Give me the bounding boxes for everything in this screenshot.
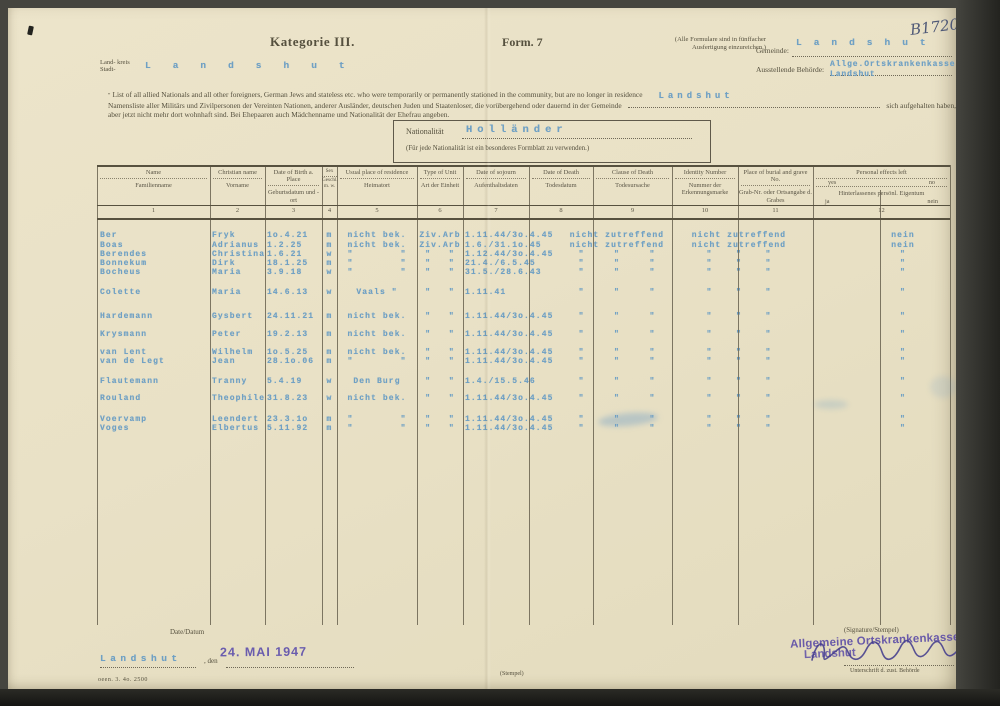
cell-aufenthalt: 1.12.44/3o.4.45 — [465, 250, 554, 259]
cell-marke-grab: " " " — [674, 394, 804, 403]
cell-aufenthalt: 31.5./28.6.43 — [465, 268, 542, 277]
table-row: ColetteMaria14.6.13wVaals "" "1.11.41" "… — [97, 288, 950, 298]
column-line — [672, 165, 673, 625]
cell-aufenthalt: 1.11.44/3o.4.45 — [465, 357, 554, 366]
gemeinde-typed-value: Landshut — [796, 37, 938, 48]
cell-einheit: " " — [417, 259, 463, 268]
cell-geboren: 14.6.13 — [267, 288, 308, 297]
column-header-9: Clause of DeathTodesursache — [593, 168, 672, 205]
cell-eigentum: " — [878, 394, 928, 403]
column-number: 10 — [672, 207, 738, 218]
footer-dotted-line-place — [100, 656, 196, 668]
cell-name: Bocheus — [100, 268, 141, 277]
cell-aufenthalt: 1.4./15.5.46 — [465, 377, 536, 386]
cell-einheit: " " — [417, 348, 463, 357]
table-row: BocheusMaria3.9.18w" "" "31.5./28.6.43" … — [97, 268, 950, 278]
cell-marke-grab: " " " — [674, 357, 804, 366]
column-header-11: Place of burial and grave No.Grab-Nr. od… — [738, 168, 813, 205]
cell-heimatort: " " — [337, 250, 417, 259]
header-rule-line — [97, 205, 950, 206]
column-header-10: Identity NumberNummer der Erkennungsmark… — [672, 168, 738, 205]
cell-name: Hardemann — [100, 312, 153, 321]
cell-eigentum: " — [878, 348, 928, 357]
behoerde-typed-value-line2: Landshut — [830, 70, 876, 79]
cell-vorname: Dirk — [212, 259, 236, 268]
copies-note-line1: (Alle Formulare sind in fünffacher — [675, 36, 766, 43]
column-number: 1 — [97, 207, 210, 218]
cell-einheit: " " — [417, 357, 463, 366]
cell-einheit: " " — [417, 394, 463, 403]
cell-aufenthalt: 1.11.44/3o.4.45 — [465, 330, 554, 339]
cell-aufenthalt: 1.11.44/3o.4.45 — [465, 231, 554, 240]
cell-todesdatum-ursache: " " " — [542, 250, 692, 259]
cell-marke-grab: " " " — [674, 377, 804, 386]
persons-table: NameFamiliennameChristian nameVornameDat… — [97, 165, 950, 625]
cell-heimatort: Den Burg — [337, 377, 417, 386]
cell-marke-grab: " " " — [674, 424, 804, 433]
cell-eigentum: " — [878, 268, 928, 277]
cell-heimatort: nicht bek. — [337, 231, 417, 240]
behoerde-typed-value-line1: Allge.Ortskrankenkasse — [830, 60, 955, 69]
cell-todesdatum-ursache: " " " — [542, 312, 692, 321]
cell-heimatort: " " — [337, 259, 417, 268]
cell-heimatort: " " — [337, 357, 417, 366]
cell-sex: m — [322, 241, 337, 250]
column-header-1: NameFamilienname — [97, 168, 210, 205]
cell-todesdatum-ursache: " " " — [542, 357, 692, 366]
cell-sex: m — [322, 312, 337, 321]
cell-vorname: Maria — [212, 268, 242, 277]
behoerde-label: Ausstellende Behörde: — [756, 65, 824, 74]
column-line — [417, 165, 418, 625]
cell-aufenthalt: 1.11.44/3o.4.45 — [465, 394, 554, 403]
cell-einheit: Ziv.Arb — [417, 231, 463, 240]
nationality-box: Nationalität Holländer (Für jede Nationa… — [393, 120, 711, 163]
handwritten-reference-number: B1720 — [909, 15, 960, 39]
cell-geboren: 5.11.92 — [267, 424, 308, 433]
cell-einheit: " " — [417, 415, 463, 424]
cell-todesdatum-ursache: " " " — [542, 330, 692, 339]
column-line — [265, 165, 266, 625]
cell-vorname: Theophile — [212, 394, 265, 403]
column-line — [97, 165, 98, 625]
column-number: 9 — [593, 207, 672, 218]
cell-vorname: Adrianus — [212, 241, 259, 250]
cell-sex: m — [322, 424, 337, 433]
cell-geboren: 18.1.25 — [267, 259, 308, 268]
cell-marke-grab: " " " — [674, 348, 804, 357]
cell-einheit: " " — [417, 377, 463, 386]
cell-todesdatum-ursache: " " " — [542, 394, 692, 403]
cell-sex: w — [322, 394, 337, 403]
ink-blot — [27, 26, 34, 36]
intro-german-text-1b: sich aufgehalten haben, — [886, 101, 956, 110]
cell-marke-grab: " " " — [674, 312, 804, 321]
cell-name: van de Legt — [100, 357, 165, 366]
cell-name: van Lent — [100, 348, 147, 357]
gemeinde-label: Gemeinde: — [756, 46, 789, 55]
cell-todesdatum-ursache: " " " — [542, 424, 692, 433]
cell-geboren: 1o.4.21 — [267, 231, 308, 240]
nationality-note: (Für jede Nationalität ist ein besondere… — [406, 145, 589, 152]
cell-vorname: Maria — [212, 288, 242, 297]
cell-vorname: Tranny — [212, 377, 247, 386]
cell-eigentum: nein — [878, 231, 928, 240]
cell-name: Voervamp — [100, 415, 147, 424]
table-row: FlautemannTranny5.4.19wDen Burg" "1.4./1… — [97, 377, 950, 387]
cell-heimatort: nicht bek. — [337, 330, 417, 339]
column-line — [337, 165, 338, 625]
cell-name: Ber — [100, 231, 118, 240]
cell-sex: m — [322, 330, 337, 339]
signature-dotted-line — [844, 654, 954, 666]
column-number: 11 — [738, 207, 813, 218]
cell-geboren: 5.4.19 — [267, 377, 302, 386]
cell-vorname: Peter — [212, 330, 242, 339]
cell-heimatort: nicht bek. — [337, 312, 417, 321]
cell-heimatort: " " — [337, 424, 417, 433]
form-category-title: Kategorie III. — [270, 34, 355, 50]
cell-geboren: 1.6.21 — [267, 250, 302, 259]
column-header-8: Date of DeathTodesdatum — [529, 168, 593, 205]
column-number: 12 — [813, 207, 950, 218]
cell-einheit: " " — [417, 288, 463, 297]
cell-todesdatum-ursache: " " " — [542, 288, 692, 297]
cell-todesdatum-ursache: nicht zutreffend — [542, 241, 692, 250]
cell-geboren: 31.8.23 — [267, 394, 308, 403]
cell-eigentum: " — [878, 357, 928, 366]
cell-sex: w — [322, 377, 337, 386]
intro-english-text: List of all allied Nationals and all oth… — [112, 90, 642, 99]
cell-todesdatum-ursache: " " " — [542, 259, 692, 268]
cell-marke-grab: " " " — [674, 268, 804, 277]
column-line — [529, 165, 530, 625]
intro-german-text-1: Namensliste aller Militärs und Zivilpers… — [108, 101, 622, 110]
column-line — [593, 165, 594, 625]
cell-aufenthalt: 1.11.44/3o.4.45 — [465, 424, 554, 433]
cell-vorname: Wilhelm — [212, 348, 253, 357]
cell-name: Bonnekum — [100, 259, 147, 268]
ja-nein-divider-line — [880, 190, 881, 625]
cell-name: Krysmann — [100, 330, 147, 339]
cell-einheit: " " — [417, 312, 463, 321]
scan-background-bottom — [0, 689, 1000, 706]
scanned-document-page: Kategorie III. Form. 7 (Alle Formulare s… — [0, 0, 1000, 706]
copies-note-line2: Ausfertigung einzureichen.) — [692, 44, 766, 51]
cell-marke-grab: " " " — [674, 250, 804, 259]
cell-heimatort: " " — [337, 268, 417, 277]
signature-sub-label: Unterschrift d. zust. Behörde — [850, 668, 919, 674]
cell-sex: m — [322, 348, 337, 357]
kreis-label-line1: Land- kreis — [100, 59, 130, 66]
copies-note: (Alle Formulare sind in fünffacher Ausfe… — [616, 36, 766, 52]
header-rule-line — [97, 165, 950, 167]
date-label: Date/Datum — [170, 628, 204, 636]
cell-einheit: Ziv.Arb — [417, 241, 463, 250]
table-row: KrysmannPeter19.2.13mnicht bek." "1.11.4… — [97, 330, 950, 340]
cell-geboren: 1.2.25 — [267, 241, 302, 250]
cell-vorname: Fryk — [212, 231, 236, 240]
cell-heimatort: Vaals " — [337, 288, 417, 297]
column-number: 3 — [265, 207, 322, 218]
cell-name: Rouland — [100, 394, 141, 403]
cell-vorname: Gysbert — [212, 312, 253, 321]
cell-marke-grab: nicht zutreffend — [674, 241, 804, 250]
cell-geboren: 24.11.21 — [267, 312, 314, 321]
intro-dotted-line — [628, 107, 881, 108]
cell-name: Flautemann — [100, 377, 159, 386]
cell-sex: m — [322, 231, 337, 240]
cell-sex: w — [322, 250, 337, 259]
footnote-mark: " — [108, 92, 110, 101]
column-line — [738, 165, 739, 625]
footer-den-label: , den — [204, 657, 218, 665]
column-number: 5 — [337, 207, 417, 218]
cell-marke-grab: " " " — [674, 288, 804, 297]
column-line — [813, 165, 814, 625]
cell-geboren: 19.2.13 — [267, 330, 308, 339]
cell-heimatort: nicht bek. — [337, 394, 417, 403]
cell-sex: w — [322, 268, 337, 277]
cell-eigentum: " — [878, 415, 928, 424]
cell-marke-grab: nicht zutreffend — [674, 231, 804, 240]
column-line — [950, 165, 951, 625]
cell-geboren: 1o.5.25 — [267, 348, 308, 357]
table-row: VogesElbertus5.11.92m" "" "1.11.44/3o.4.… — [97, 424, 950, 434]
cell-geboren: 23.3.1o — [267, 415, 308, 424]
cell-geboren: 28.1o.06 — [267, 357, 314, 366]
cell-marke-grab: " " " — [674, 415, 804, 424]
cell-eigentum: " — [878, 288, 928, 297]
footer-dotted-line-date — [226, 656, 354, 668]
cell-name: Colette — [100, 288, 141, 297]
print-code: oeen. 3. 4o. 2500 — [98, 677, 148, 683]
table-row: van de LegtJean28.1o.06m" "" "1.11.44/3o… — [97, 357, 950, 367]
cell-marke-grab: " " " — [674, 330, 804, 339]
column-header-4: SexGeschl. m. w. — [322, 168, 337, 205]
cell-vorname: Jean — [212, 357, 236, 366]
cell-eigentum: nein — [878, 241, 928, 250]
table-row: BerFryk1o.4.21mnicht bek.Ziv.Arb1.11.44/… — [97, 231, 950, 241]
cell-todesdatum-ursache: nicht zutreffend — [542, 231, 692, 240]
column-header-12: Personal effects leftyesnoHinterlassenes… — [813, 168, 950, 205]
nationality-typed-value: Holländer — [466, 124, 568, 136]
column-header-2: Christian nameVorname — [210, 168, 265, 205]
cell-vorname: Elbertus — [212, 424, 259, 433]
stempel-note: (Stempel) — [500, 671, 524, 677]
cell-eigentum: " — [878, 424, 928, 433]
cell-eigentum: " — [878, 259, 928, 268]
form-paper: Kategorie III. Form. 7 (Alle Formulare s… — [8, 8, 958, 690]
handwritten-signature — [806, 626, 966, 674]
column-number: 2 — [210, 207, 265, 218]
cell-aufenthalt: 1.11.44/3o.4.45 — [465, 312, 554, 321]
cell-todesdatum-ursache: " " " — [542, 377, 692, 386]
cell-geboren: 3.9.18 — [267, 268, 302, 277]
cell-eigentum: " — [878, 250, 928, 259]
cell-heimatort: nicht bek. — [337, 348, 417, 357]
cell-aufenthalt: 1.6./31.1o.45 — [465, 241, 542, 250]
cell-sex: m — [322, 415, 337, 424]
column-header-7: Date of sojournAufenthaltsdaten — [463, 168, 529, 205]
column-number: 4 — [322, 207, 337, 218]
cell-marke-grab: " " " — [674, 259, 804, 268]
column-line — [322, 165, 323, 625]
column-line — [210, 165, 211, 625]
cell-eigentum: " — [878, 330, 928, 339]
header-rule-line — [97, 218, 950, 220]
cell-vorname: Leendert — [212, 415, 259, 424]
cell-aufenthalt: 1.11.41 — [465, 288, 506, 297]
cell-name: Voges — [100, 424, 130, 433]
cell-sex: m — [322, 357, 337, 366]
cell-todesdatum-ursache: " " " — [542, 348, 692, 357]
cell-heimatort: nicht bek. — [337, 241, 417, 250]
cell-name: Boas — [100, 241, 124, 250]
cell-aufenthalt: 1.11.44/3o.4.45 — [465, 348, 554, 357]
cell-einheit: " " — [417, 330, 463, 339]
column-header-3: Date of Birth a. PlaceGeburtsdatum und -… — [265, 168, 322, 205]
form-number: Form. 7 — [502, 35, 543, 50]
cell-todesdatum-ursache: " " " — [542, 268, 692, 277]
kreis-label: Land- kreis Stadt- — [100, 59, 130, 73]
cell-eigentum: " — [878, 377, 928, 386]
table-row: HardemannGysbert24.11.21mnicht bek." "1.… — [97, 312, 950, 322]
cell-todesdatum-ursache: " " " — [542, 415, 692, 424]
column-number: 7 — [463, 207, 529, 218]
cell-sex: m — [322, 259, 337, 268]
column-header-5: Usual place of residenceHeimatort — [337, 168, 417, 205]
column-number: 8 — [529, 207, 593, 218]
cell-sex: w — [322, 288, 337, 297]
kreis-typed-value: Landshut — [145, 60, 367, 71]
cell-einheit: " " — [417, 268, 463, 277]
column-header-6: Type of UnitArt der Einheit — [417, 168, 463, 205]
column-number: 6 — [417, 207, 463, 218]
cell-aufenthalt: 1.11.44/3o.4.45 — [465, 415, 554, 424]
cell-einheit: " " — [417, 250, 463, 259]
scan-background-right — [956, 0, 1000, 706]
intro-german-text-2: aber jetzt nicht mehr dort wohnhaft sind… — [108, 110, 449, 119]
kreis-label-line2: Stadt- — [100, 66, 116, 73]
table-row: RoulandTheophile31.8.23wnicht bek." "1.1… — [97, 394, 950, 404]
cell-name: Berendes — [100, 250, 147, 259]
column-line — [463, 165, 464, 625]
intro-paragraph: " List of all allied Nationals and all o… — [108, 90, 956, 120]
cell-vorname: Christina — [212, 250, 265, 259]
cell-eigentum: " — [878, 312, 928, 321]
intro-place-typed: Landshut — [659, 92, 734, 101]
cell-heimatort: " " — [337, 415, 417, 424]
cell-einheit: " " — [417, 424, 463, 433]
cell-aufenthalt: 21.4./6.5.45 — [465, 259, 536, 268]
nationality-label: Nationalität — [406, 127, 444, 136]
